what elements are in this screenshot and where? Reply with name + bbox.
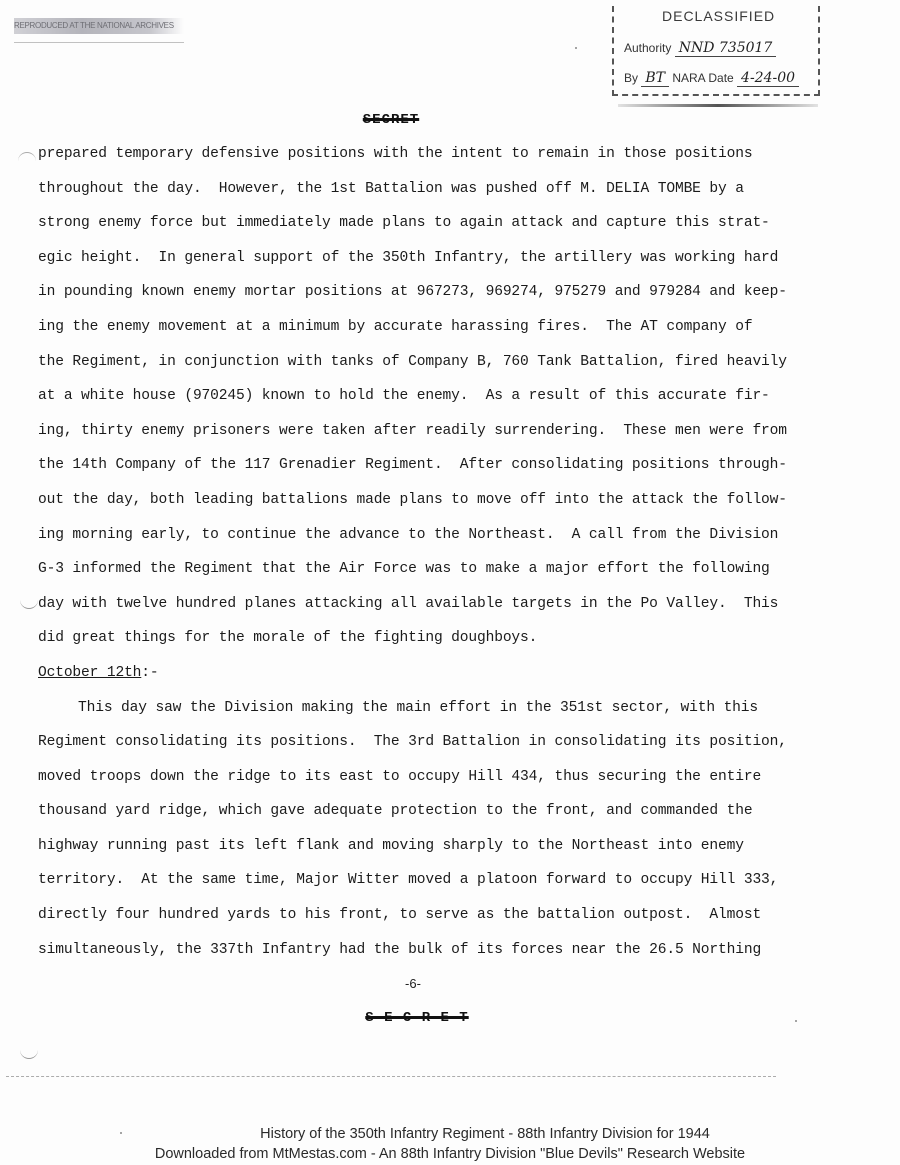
scan-artifact-curl [20,1048,38,1059]
scan-speck [575,47,577,49]
authority-row: Authority NND 735017 [624,40,776,56]
scan-edge-rule [6,1076,776,1077]
text-line: Regiment consolidating its positions. Th… [38,731,798,766]
date-heading-suffix: :- [141,665,158,681]
scan-artifact-curl-top [18,152,36,163]
text-line: egic height. In general support of the 3… [38,247,798,282]
text-line: did great things for the morale of the f… [38,627,798,662]
text-line: ing, thirty enemy prisoners were taken a… [38,420,798,455]
text-line: the 14th Company of the 117 Grenadier Re… [38,454,798,489]
text-line: day with twelve hundred planes attacking… [38,593,798,628]
footer-source: Downloaded from MtMestas.com - An 88th I… [0,1144,900,1164]
date-heading-line: October 12th:- [38,662,798,697]
by-value: BT [641,70,669,87]
authority-label: Authority [624,41,671,55]
date-label: NARA Date [672,71,733,85]
declassified-title: DECLASSIFIED [662,8,775,24]
declassification-stamp: DECLASSIFIED Authority NND 735017 By BT … [612,6,820,96]
scan-speck [795,1020,797,1022]
document-body: prepared temporary defensive positions w… [38,143,798,973]
text-line: This day saw the Division making the mai… [38,697,798,732]
text-line: ing morning early, to continue the advan… [38,524,798,559]
scan-artifact-curl-mid [20,598,38,609]
authority-value: NND 735017 [675,40,777,57]
text-line: territory. At the same time, Major Witte… [38,869,798,904]
by-label: By [624,71,638,85]
text-line: simultaneously, the 337th Infantry had t… [38,939,798,974]
text-line: strong enemy force but immediately made … [38,212,798,247]
text-line: at a white house (970245) known to hold … [38,385,798,420]
date-value: 4-24-00 [737,70,799,87]
classification-mark-bottom: S-E-C-R-E-T [362,1010,472,1026]
text-line: throughout the day. However, the 1st Bat… [38,178,798,213]
document-page: REPRODUCED AT THE NATIONAL ARCHIVES DECL… [0,0,900,1165]
text-line: directly four hundred yards to his front… [38,904,798,939]
text-line: out the day, both leading battalions mad… [38,489,798,524]
paragraph-1: prepared temporary defensive positions w… [38,143,798,662]
text-line: thousand yard ridge, which gave adequate… [38,800,798,835]
page-number: -6- [398,976,428,991]
text-line: ing the enemy movement at a minimum by a… [38,316,798,351]
archive-stamp: REPRODUCED AT THE NATIONAL ARCHIVES [14,18,184,34]
text-line: the Regiment, in conjunction with tanks … [38,351,798,386]
paragraph-2: This day saw the Division making the mai… [38,697,798,974]
date-heading: October 12th [38,665,141,681]
footer-title: History of the 350th Infantry Regiment -… [0,1124,900,1144]
classification-mark-top: SECRET [346,112,436,128]
text-line: prepared temporary defensive positions w… [38,143,798,178]
text-line: highway running past its left flank and … [38,835,798,870]
archive-stamp-rule [14,42,184,43]
text-line: in pounding known enemy mortar positions… [38,281,798,316]
stamp-edge-shadow [618,104,818,107]
text-line: moved troops down the ridge to its east … [38,766,798,801]
text-line: G-3 informed the Regiment that the Air F… [38,558,798,593]
site-footer: History of the 350th Infantry Regiment -… [0,1124,900,1164]
by-date-row: By BT NARA Date 4-24-00 [624,70,799,86]
